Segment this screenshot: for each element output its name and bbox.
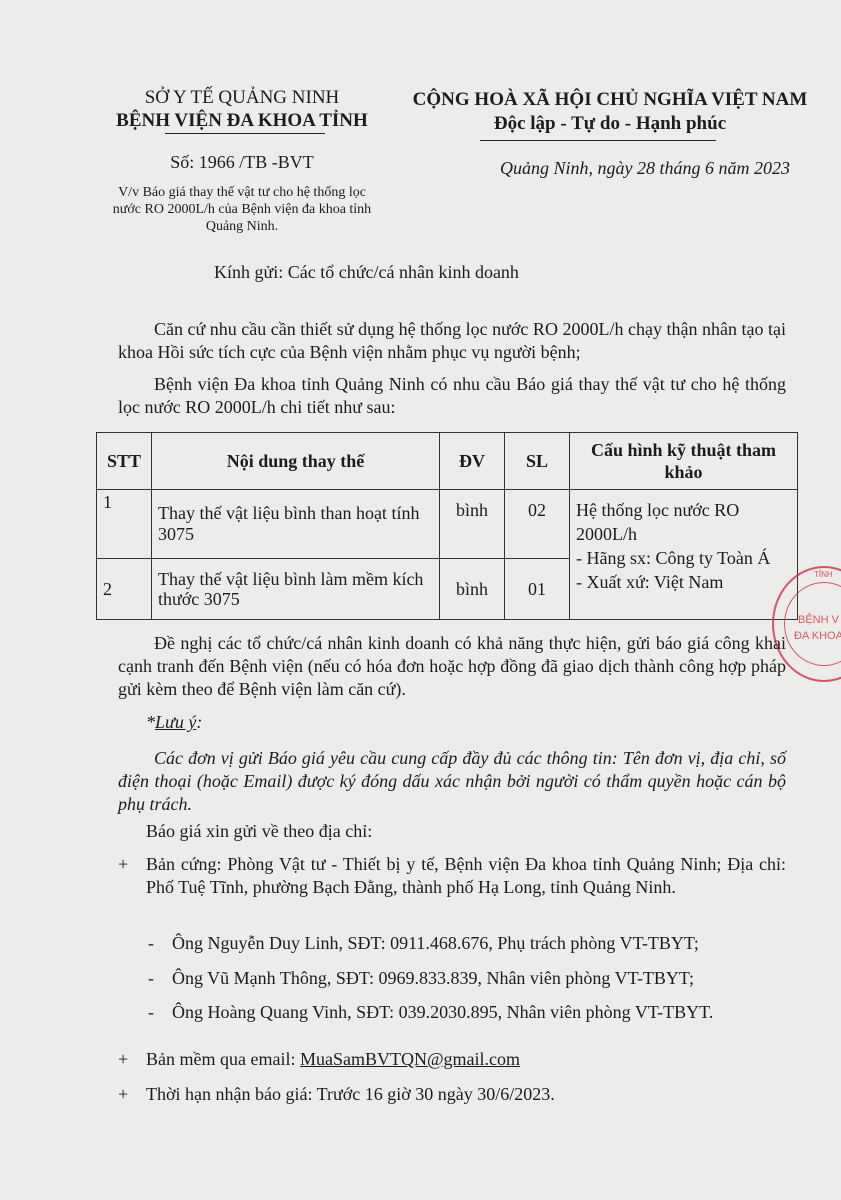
row-stt: 1 bbox=[97, 490, 152, 559]
hard-copy-address: Bản cứng: Phòng Vật tư - Thiết bị y tế, … bbox=[146, 853, 786, 899]
subject-line: V/v Báo giá thay thế vật tư cho hệ thống… bbox=[92, 184, 392, 201]
note-label-text: Lưu ý bbox=[155, 712, 196, 732]
document-page: SỞ Y TẾ QUẢNG NINH BỆNH VIỆN ĐA KHOA TỈN… bbox=[0, 0, 841, 1200]
row-qty: 01 bbox=[505, 559, 570, 620]
row-content: Thay thế vật liệu bình làm mềm kích thướ… bbox=[152, 559, 440, 620]
recipient: Kính gửi: Các tổ chức/cá nhân kinh doanh bbox=[214, 261, 519, 284]
table-row: 1 Thay thế vật liệu bình than hoạt tính … bbox=[97, 490, 798, 559]
note-label: *Lưu ý: bbox=[146, 712, 202, 733]
header-unit: ĐV bbox=[440, 433, 505, 490]
dateline: Quảng Ninh, ngày 28 tháng 6 năm 2023 bbox=[430, 158, 790, 179]
note-prefix: * bbox=[146, 712, 155, 732]
document-subject: V/v Báo giá thay thế vật tư cho hệ thống… bbox=[92, 184, 392, 235]
spec-line: Hệ thống lọc nước RO 2000L/h bbox=[576, 498, 791, 546]
soft-copy-line: Bản mềm qua email: MuaSamBVTQN@gmail.com bbox=[146, 1048, 520, 1071]
row-content: Thay thế vật liệu bình than hoạt tính 30… bbox=[152, 490, 440, 559]
department-name: SỞ Y TẾ QUẢNG NINH bbox=[92, 86, 392, 109]
national-header: CỘNG HOÀ XÃ HỘI CHỦ NGHĨA VIỆT NAM Độc l… bbox=[400, 88, 820, 136]
stamp-top-text: TỈNH bbox=[814, 570, 833, 579]
document-number: Số: 1966 /TB -BVT bbox=[92, 152, 392, 173]
deadline: Thời hạn nhận báo giá: Trước 16 giờ 30 n… bbox=[146, 1083, 555, 1106]
address-intro: Báo giá xin gửi về theo địa chỉ: bbox=[146, 820, 372, 843]
plus-bullet: + bbox=[118, 1083, 128, 1106]
dash-bullet: - bbox=[148, 932, 154, 955]
header-spec: Cấu hình kỹ thuật tham khảo bbox=[570, 433, 798, 490]
motto-underline bbox=[480, 140, 716, 141]
header-stt: STT bbox=[97, 433, 152, 490]
contact-item: Ông Nguyễn Duy Linh, SĐT: 0911.468.676, … bbox=[172, 932, 786, 955]
row-stt: 2 bbox=[97, 559, 152, 620]
contact-item: Ông Vũ Mạnh Thông, SĐT: 0969.833.839, Nh… bbox=[172, 967, 786, 990]
replacement-table: STT Nội dung thay thế ĐV SL Cấu hình kỹ … bbox=[96, 432, 798, 620]
issuer-block: SỞ Y TẾ QUẢNG NINH BỆNH VIỆN ĐA KHOA TỈN… bbox=[92, 86, 392, 132]
header-qty: SL bbox=[505, 433, 570, 490]
dash-bullet: - bbox=[148, 1001, 154, 1024]
spec-line: - Hãng sx: Công ty Toàn Á bbox=[576, 546, 791, 570]
note-text: Các đơn vị gửi Báo giá yêu cầu cung cấp … bbox=[118, 747, 786, 816]
nation-title: CỘNG HOÀ XÃ HỘI CHỦ NGHĨA VIỆT NAM bbox=[400, 88, 820, 112]
subject-line: Quảng Ninh. bbox=[92, 218, 392, 235]
paragraph-proposal: Đề nghị các tổ chức/cá nhân kinh doanh c… bbox=[118, 632, 786, 701]
note-suffix: : bbox=[196, 712, 202, 732]
stamp-line1: BỆNH V bbox=[798, 614, 839, 626]
subject-line: nước RO 2000L/h của Bệnh viện đa khoa tỉ… bbox=[92, 201, 392, 218]
spec-line: - Xuất xứ: Việt Nam bbox=[576, 570, 791, 594]
plus-bullet: + bbox=[118, 1048, 128, 1071]
stamp-line2: ĐA KHOA bbox=[794, 630, 841, 642]
email-link[interactable]: MuaSamBVTQN@gmail.com bbox=[300, 1049, 520, 1069]
row-qty: 02 bbox=[505, 490, 570, 559]
table-header-row: STT Nội dung thay thế ĐV SL Cấu hình kỹ … bbox=[97, 433, 798, 490]
spec-cell: Hệ thống lọc nước RO 2000L/h - Hãng sx: … bbox=[570, 490, 798, 620]
hospital-name: BỆNH VIỆN ĐA KHOA TỈNH bbox=[92, 109, 392, 132]
plus-bullet: + bbox=[118, 853, 128, 876]
contact-item: Ông Hoàng Quang Vinh, SĐT: 039.2030.895,… bbox=[172, 1001, 752, 1024]
motto: Độc lập - Tự do - Hạnh phúc bbox=[400, 112, 820, 136]
row-unit: bình bbox=[440, 559, 505, 620]
issuer-underline bbox=[165, 133, 325, 134]
dash-bullet: - bbox=[148, 967, 154, 990]
paragraph-request: Bệnh viện Đa khoa tỉnh Quảng Ninh có nhu… bbox=[118, 373, 786, 419]
header-content: Nội dung thay thế bbox=[152, 433, 440, 490]
row-unit: bình bbox=[440, 490, 505, 559]
paragraph-basis: Căn cứ nhu cầu cần thiết sử dụng hệ thốn… bbox=[118, 318, 786, 364]
soft-copy-label: Bản mềm qua email: bbox=[146, 1049, 300, 1069]
